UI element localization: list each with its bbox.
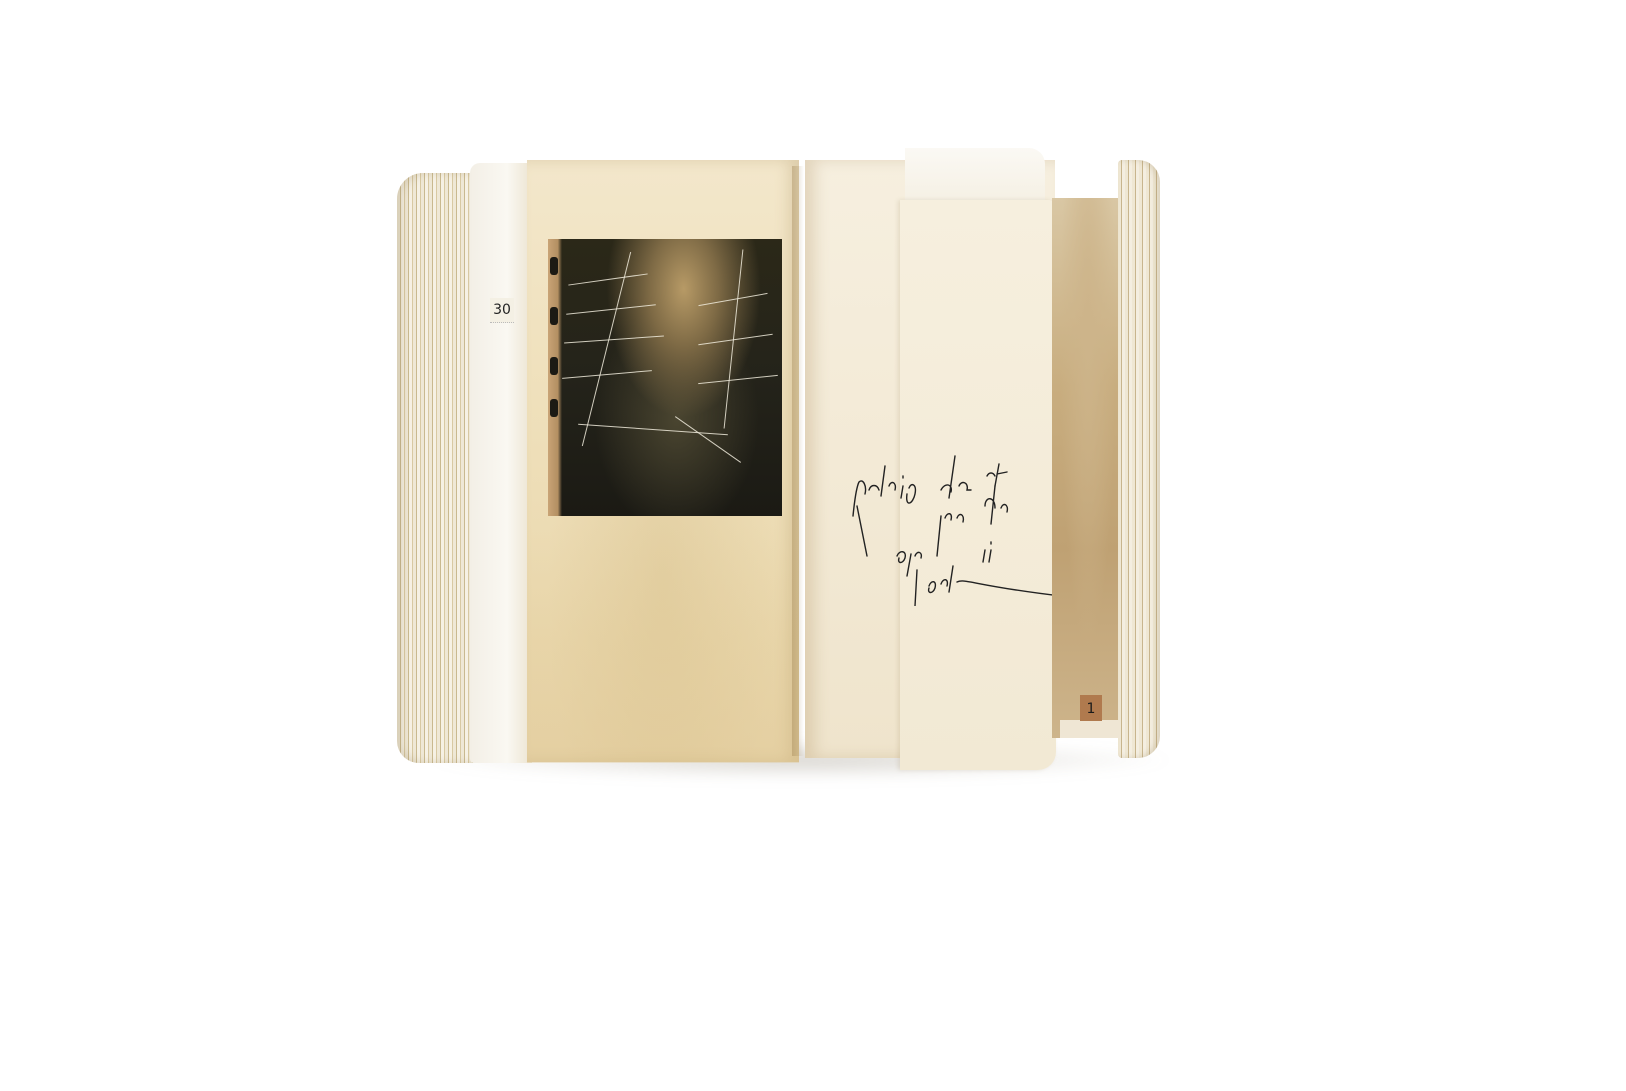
photo-crack [564, 336, 664, 344]
photo-crack [566, 304, 656, 314]
page-number-tab-1: 1 [1080, 695, 1102, 721]
forest-photo [548, 239, 782, 516]
sprocket-hole [550, 307, 558, 325]
left-page-stain [527, 523, 799, 763]
photo-crack [675, 416, 741, 463]
page-tab-strip [1060, 720, 1120, 738]
sprocket-hole [550, 257, 558, 275]
photo-crack [698, 293, 767, 306]
sprocket-hole [550, 357, 558, 375]
photo-crack [562, 370, 652, 379]
photo-crack [568, 273, 647, 285]
underlying-page [1052, 198, 1124, 738]
film-edge [548, 239, 562, 516]
photo-crack [698, 334, 772, 345]
book-photo-scene: 30 [0, 0, 1626, 1091]
photo-crack [698, 375, 778, 384]
right-page-stack [1118, 160, 1160, 758]
left-flyleaf [470, 163, 532, 763]
right-flap-top [905, 148, 1045, 208]
sprocket-hole [550, 399, 558, 417]
handwritten-note [845, 446, 1065, 606]
page-number-tab-30: 30 [490, 298, 514, 323]
photo-crack [578, 424, 728, 435]
